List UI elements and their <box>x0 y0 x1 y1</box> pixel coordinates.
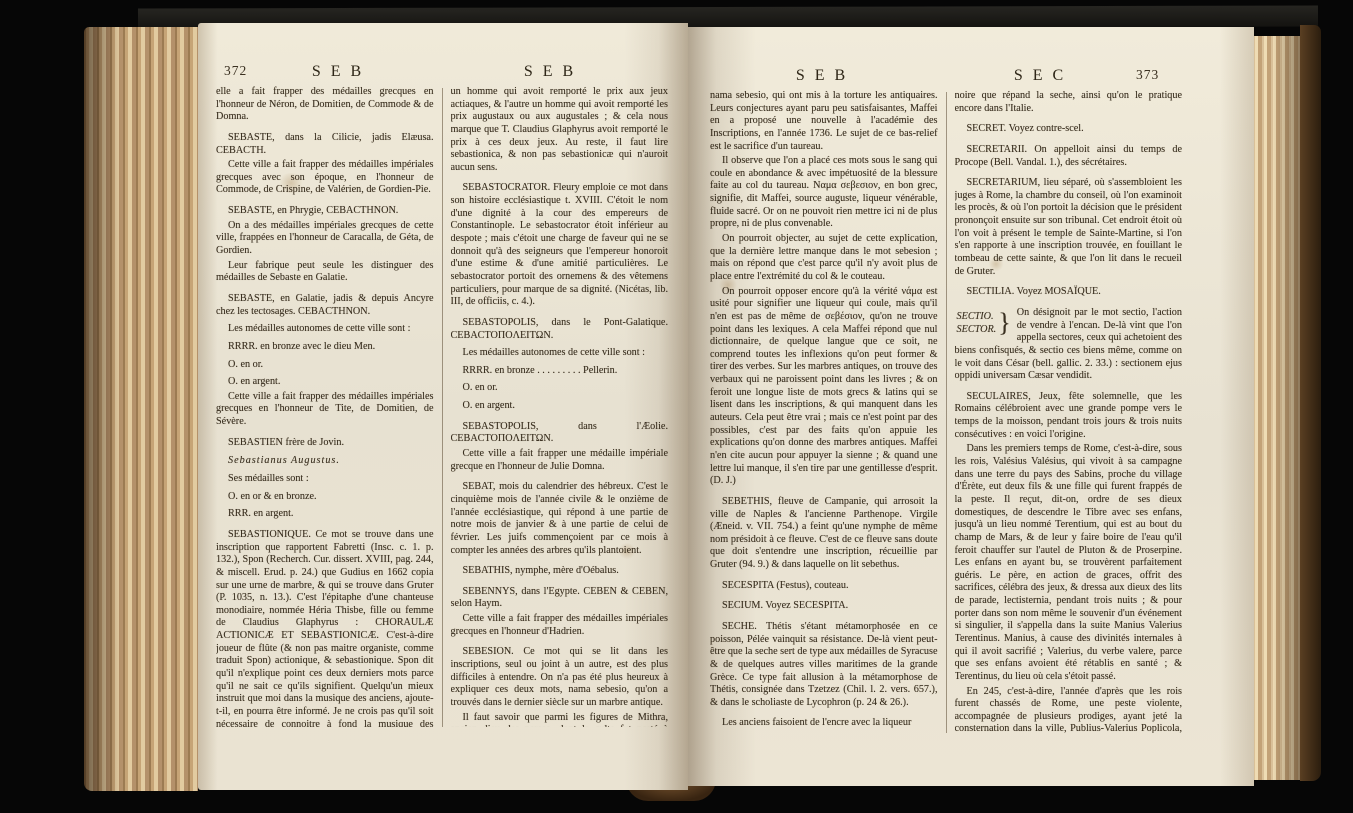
entry-paragraph: SEBASTIONIQUE. Ce mot se trouve dans une… <box>216 529 434 727</box>
entry-paragraph: SEBASTE, dans la Cilicie, jadis Elæusa. … <box>216 132 434 157</box>
paragraph: Les anciens faisoient de l'encre avec la… <box>710 717 938 730</box>
paragraph: Les médailles autonomes de cette ville s… <box>216 323 434 336</box>
entry-paragraph: SEBAT, mois du calendrier des hébreux. C… <box>451 481 669 557</box>
entry-words: SECTIO. SECTOR. <box>957 310 997 337</box>
paragraph: Cette ville a fait frapper des médailles… <box>451 613 669 638</box>
column-rule <box>946 92 947 733</box>
entry-paragraph: SECRET. Voyez contre-scel. <box>955 123 1183 136</box>
text-column: un homme qui avoit remporté le prix aux … <box>451 85 669 727</box>
running-head: S E C <box>1014 67 1066 85</box>
entry-paragraph: SECTILIA. Voyez MOSAÏQUE. <box>955 286 1183 299</box>
list-line: O. en argent. <box>451 400 669 413</box>
page-number: 372 <box>224 63 247 79</box>
text-column: nama sebesio, qui ont mis à la torture l… <box>710 89 938 733</box>
running-head: S E B <box>524 63 576 81</box>
entry-paragraph: SEBASTOCRATOR. Fleury emploie ce mot dan… <box>451 182 669 308</box>
right-page: S E B S E C 373 nama sebesio, qui ont mi… <box>688 27 1254 786</box>
list-line: Ses médailles sont : <box>216 473 434 486</box>
paragraph: elle a fait frapper des médailles grecqu… <box>216 86 434 124</box>
entry-paragraph: SEBETHIS, fleuve de Campanie, qui arroso… <box>710 496 938 572</box>
entry-paragraph: SEBASTOPOLIS, dans le Pont-Galatique. CE… <box>451 317 669 342</box>
paragraph: Leur fabrique peut seule les distinguer … <box>216 260 434 285</box>
paragraph: Il observe que l'on a placé ces mots sou… <box>710 155 938 231</box>
paragraph: Cette ville a fait frapper des médailles… <box>216 391 434 429</box>
entry-paragraph-braced: SECTIO. SECTOR. } On désignoit par le mo… <box>955 307 1183 383</box>
entry-paragraph: SECULAIRES, Jeux, fête solemnelle, que l… <box>955 391 1183 442</box>
entry-word: SECTOR. <box>957 323 997 336</box>
entry-paragraph: SECHE. Thétis s'étant métamorphosée en c… <box>710 621 938 709</box>
list-line: O. en argent. <box>216 376 434 389</box>
entry-paragraph: SEBASTE, en Phrygie, CEBACTHNON. <box>216 205 434 218</box>
list-line: O. en or & en bronze. <box>216 491 434 504</box>
left-page: 372 S E B S E B elle a fait frapper des … <box>198 23 688 790</box>
fore-edge-left <box>84 27 198 791</box>
cover-edge-right <box>1300 25 1321 781</box>
paragraph: On pourroit opposer encore qu'à la vérit… <box>710 286 938 488</box>
list-line: RRRR. en bronze . . . . . . . . . Peller… <box>451 365 669 378</box>
fore-edge-right <box>1253 36 1302 780</box>
page-header: S E B S E C 373 <box>688 67 1254 91</box>
photo-background: 372 S E B S E B elle a fait frapper des … <box>0 0 1353 813</box>
paragraph: noire que répand la seche, ainsi qu'on l… <box>955 90 1183 115</box>
entry-paragraph: SEBENNYS, dans l'Egypte. CEBEN & CEBEN, … <box>451 586 669 611</box>
brace-glyph: } <box>998 307 1010 339</box>
entry-paragraph: SEBASTOPOLIS, dans l'Æolie. CEBACTOΠOΛEI… <box>451 421 669 446</box>
list-line: RRR. en argent. <box>216 508 434 521</box>
column-rule <box>442 88 443 727</box>
paragraph: On a des médailles impériales grecques d… <box>216 220 434 258</box>
paragraph: Les médailles autonomes de cette ville s… <box>451 347 669 360</box>
list-line: RRRR. en bronze avec le dieu Men. <box>216 341 434 354</box>
paragraph: Dans les premiers temps de Rome, c'est-à… <box>955 443 1183 683</box>
entry-paragraph: SECRETARII. On appelloit ainsi du temps … <box>955 144 1183 169</box>
entry-paragraph: SECIUM. Voyez SECESPITA. <box>710 600 938 613</box>
entry-paragraph: SEBESION. Ce mot qui se lit dans les ins… <box>451 646 669 709</box>
page-header: 372 S E B S E B <box>198 63 688 87</box>
text-column: noire que répand la seche, ainsi qu'on l… <box>955 89 1183 733</box>
entry-paragraph: SEBATHIS, nymphe, mère d'Oébalus. <box>451 565 669 578</box>
latin-legend: Sebastianus Augustus. <box>216 455 434 468</box>
paragraph: Cette ville a fait frapper des médailles… <box>216 159 434 197</box>
paragraph: Il faut savoir que parmi les figures de … <box>451 712 669 727</box>
entry-paragraph: SEBASTIEN frère de Jovin. <box>216 437 434 450</box>
entry-word: SECTIO. <box>957 310 997 323</box>
paragraph: un homme qui avoit remporté le prix aux … <box>451 86 669 174</box>
paragraph: Cette ville a fait frapper une médaille … <box>451 448 669 473</box>
paragraph: On pourroit objecter, au sujet de cette … <box>710 233 938 284</box>
paragraph: nama sebesio, qui ont mis à la torture l… <box>710 90 938 153</box>
text-column: elle a fait frapper des médailles grecqu… <box>216 85 434 727</box>
entry-paragraph: SEBASTE, en Galatie, jadis & depuis Ancy… <box>216 293 434 318</box>
page-number: 373 <box>1136 67 1159 83</box>
running-head: S E B <box>312 63 364 81</box>
entry-paragraph: SECESPITA (Festus), couteau. <box>710 580 938 593</box>
paragraph: En 245, c'est-à-dire, l'année d'après qu… <box>955 686 1183 733</box>
list-line: O. en or. <box>451 382 669 395</box>
brace-head: SECTIO. SECTOR. } <box>957 307 1011 339</box>
list-line: O. en or. <box>216 359 434 372</box>
entry-paragraph: SECRETARIUM, lieu séparé, où s'assembloi… <box>955 177 1183 278</box>
running-head: S E B <box>796 67 848 85</box>
